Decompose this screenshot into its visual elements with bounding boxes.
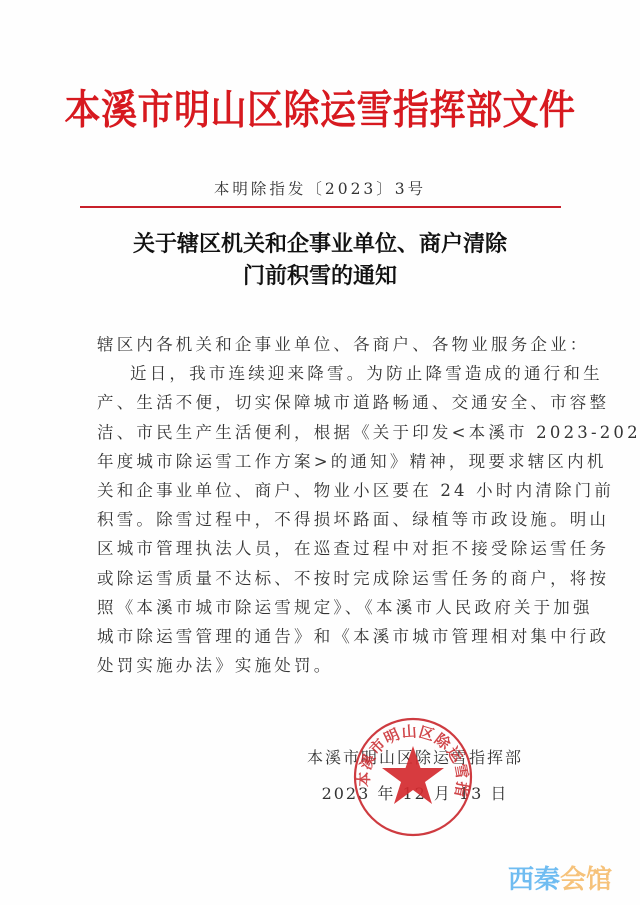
body-line: 积雪。除雪过程中，不得损坏路面、绿植等市政设施。明山 [97,505,545,534]
body-line: 处罚实施办法》实施处罚。 [97,651,545,680]
signing-date: 2023 年 12 月 13 日 [300,776,530,812]
body-line: 照《本溪市城市除运雪规定》、《本溪市人民政府关于加强 [97,593,545,622]
body-line: 洁、市民生产生活便利，根据《关于印发<本溪市 2023-2024 [97,418,545,447]
document-number: 本明除指发〔2023〕3号 [0,178,640,200]
signing-organization: 本溪市明山区除运雪指挥部 [300,740,530,776]
body-line: 关和企事业单位、商户、物业小区要在 24 小时内清除门前 [97,476,545,505]
watermark-part-1: 西秦 [508,865,560,895]
notice-title: 关于辖区机关和企事业单位、商户清除 门前积雪的通知 [0,228,640,292]
watermark-part-2: 会馆 [560,865,612,895]
watermark-logo: 西秦会馆 [508,865,612,895]
body-line: 或除运雪质量不达标、不按时完成除运雪任务的商户，将按 [97,564,545,593]
body-line: 近日，我市连续迎来降雪。为防止降雪造成的通行和生 [97,359,545,388]
issuer-title: 本溪市明山区除运雪指挥部文件 [0,83,640,137]
body-line: 产、生活不便，切实保障城市道路畅通、交通安全、市容整 [97,388,545,417]
body-line: 区城市管理执法人员，在巡查过程中对拒不接受除运雪任务 [97,534,545,563]
notice-body: 辖区内各机关和企事业单位、各商户、各物业服务企业： 近日，我市连续迎来降雪。为防… [97,330,545,680]
notice-title-line-2: 门前积雪的通知 [0,260,640,292]
signature-block: 本溪市明山区除运雪指挥部 2023 年 12 月 13 日 [300,740,530,812]
red-divider-line [80,206,561,208]
salutation: 辖区内各机关和企事业单位、各商户、各物业服务企业： [97,330,545,359]
body-line: 城市除运雪管理的通告》和《本溪市城市管理相对集中行政 [97,622,545,651]
notice-title-line-1: 关于辖区机关和企事业单位、商户清除 [0,228,640,260]
body-line: 年度城市除运雪工作方案>的通知》精神，现要求辖区内机 [97,447,545,476]
